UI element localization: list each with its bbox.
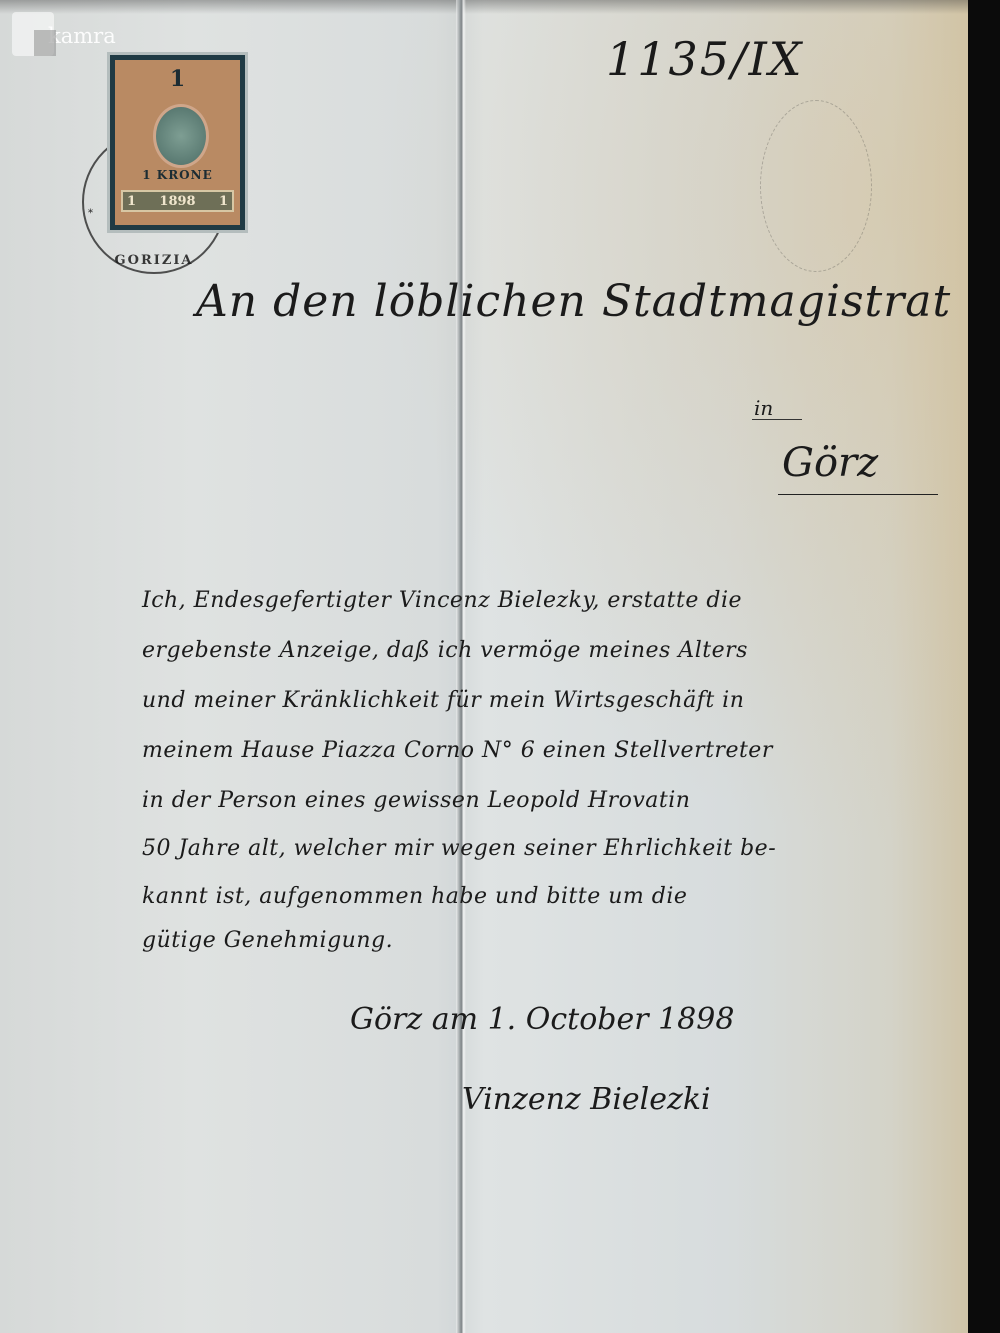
address-line: An den löblichen Stadtmagistrat [196, 276, 951, 327]
ink-blot-marks [760, 100, 872, 272]
revenue-stamp: 1 1 KRONE 1 1898 1 [110, 55, 245, 230]
body-line: in der Person eines gewissen Leopold Hro… [142, 788, 972, 813]
paper-fold [456, 0, 466, 1333]
stamp-portrait-icon [153, 104, 209, 168]
stamp-value-right: 1 [219, 194, 228, 209]
stamp-denomination: 1 KRONE [115, 168, 240, 182]
reference-number: 1135/IX [606, 32, 803, 86]
address-preposition: in [754, 396, 773, 420]
date-line: Görz am 1. October 1898 [350, 1002, 734, 1037]
watermark-text: kamra [48, 24, 116, 48]
body-line: und meiner Kränklichkeit für mein Wirtsg… [142, 688, 972, 713]
document-page: kamra MUNICIPIO * GORIZIA 1 1 KRONE 1 18… [0, 0, 968, 1333]
kamra-logo-icon [12, 12, 54, 56]
postmark-bottom-text: GORIZIA [104, 253, 204, 268]
postmark-star-icon: * [88, 208, 93, 219]
signature: Vinzenz Bielezki [462, 1082, 711, 1117]
stamp-year-band: 1 1898 1 [121, 190, 234, 212]
preposition-underline [752, 419, 802, 420]
body-line: Ich, Endesgefertigter Vincenz Bielezky, … [142, 588, 972, 613]
body-line: kannt ist, aufgenommen habe und bitte um… [142, 884, 972, 909]
city-underline [778, 494, 938, 495]
body-line: ergebenste Anzeige, daß ich vermöge mein… [142, 638, 972, 663]
stamp-value: 1 [115, 66, 240, 92]
body-line: gütige Genehmigung. [142, 928, 972, 953]
kamra-watermark: kamra [12, 12, 116, 56]
body-line: 50 Jahre alt, welcher mir wegen seiner E… [142, 836, 972, 861]
stamp-value-left: 1 [127, 194, 136, 209]
stamp-year: 1898 [159, 194, 195, 209]
address-city: Görz [782, 440, 878, 486]
body-line: meinem Hause Piazza Corno N° 6 einen Ste… [142, 738, 972, 763]
